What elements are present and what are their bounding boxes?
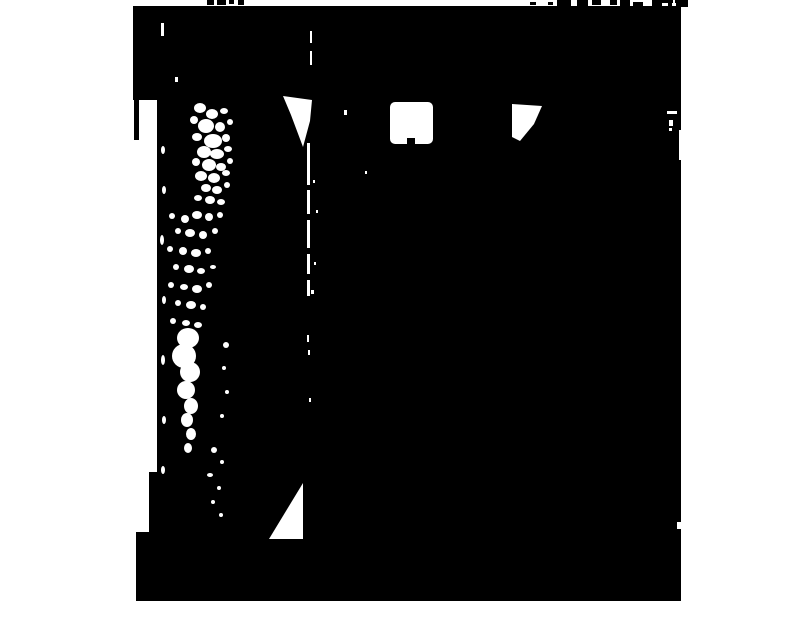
white-mark-14 [313, 180, 315, 183]
white-mark-7 [307, 190, 310, 214]
texture-speckle-25 [217, 199, 225, 205]
texture-speckle-38 [205, 248, 211, 254]
texture-speckle-21 [212, 186, 222, 194]
texture-speckle-77 [220, 414, 224, 418]
white-mark-15 [316, 210, 318, 213]
texture-speckle-5 [215, 122, 225, 132]
texture-speckle-33 [199, 231, 207, 239]
texture-speckle-30 [217, 212, 223, 218]
texture-speckle-35 [167, 246, 173, 252]
texture-speckle-2 [220, 108, 228, 114]
white-mark-19 [669, 120, 673, 126]
texture-speckle-76 [225, 390, 229, 394]
white-mark-8 [307, 220, 310, 248]
top-edge-tick-5 [548, 2, 553, 5]
texture-speckle-54 [162, 186, 166, 194]
texture-speckle-4 [198, 119, 214, 133]
texture-speckle-9 [222, 134, 230, 142]
texture-speckle-65 [181, 413, 193, 427]
texture-speckle-69 [220, 460, 224, 464]
top-edge-tick-10 [620, 0, 630, 6]
white-mark-24 [672, 3, 676, 6]
texture-speckle-72 [211, 500, 215, 504]
texture-speckle-66 [186, 428, 196, 440]
texture-speckle-51 [182, 320, 190, 326]
texture-speckle-68 [211, 447, 217, 453]
texture-speckle-3 [190, 116, 198, 124]
texture-speckle-7 [192, 133, 202, 141]
binarized-image [0, 0, 800, 622]
texture-speckle-15 [216, 163, 226, 171]
texture-speckle-39 [173, 264, 179, 270]
texture-speckle-6 [227, 119, 233, 125]
white-mark-0 [161, 23, 164, 36]
ink-notch-0 [407, 138, 415, 144]
texture-speckle-27 [181, 215, 189, 223]
texture-speckle-47 [175, 300, 181, 306]
texture-speckle-32 [185, 229, 195, 237]
texture-speckle-50 [170, 318, 176, 324]
texture-speckle-70 [207, 473, 213, 477]
top-edge-tick-8 [592, 0, 601, 5]
texture-speckle-24 [205, 196, 215, 204]
texture-speckle-37 [191, 249, 201, 257]
texture-speckle-53 [161, 146, 165, 154]
texture-speckle-55 [160, 235, 164, 245]
white-mark-10 [307, 280, 310, 296]
texture-speckle-71 [217, 486, 221, 490]
top-edge-tick-4 [530, 2, 536, 5]
top-edge-tick-6 [557, 0, 571, 6]
texture-speckle-1 [206, 109, 218, 119]
texture-speckle-34 [212, 228, 218, 234]
white-mark-17 [311, 290, 314, 294]
texture-speckle-63 [177, 381, 195, 399]
white-mark-20 [669, 128, 672, 131]
top-edge-tick-9 [610, 0, 617, 5]
texture-speckle-28 [192, 211, 202, 219]
texture-speckle-10 [197, 146, 211, 158]
white-mark-9 [307, 254, 310, 274]
white-mark-5 [365, 171, 367, 174]
texture-speckle-8 [204, 134, 222, 148]
texture-speckle-58 [162, 416, 166, 424]
top-edge-tick-11 [633, 2, 643, 6]
ink-block-0 [133, 6, 681, 100]
top-edge-tick-2 [229, 0, 234, 4]
ink-block-5 [134, 98, 139, 140]
cutout-window [390, 102, 433, 144]
texture-speckle-59 [161, 466, 165, 474]
white-mark-21 [679, 130, 681, 160]
texture-speckle-18 [208, 173, 220, 183]
texture-speckle-42 [210, 265, 216, 269]
texture-speckle-14 [202, 159, 216, 171]
texture-speckle-45 [192, 285, 202, 293]
texture-speckle-57 [161, 355, 165, 365]
texture-speckle-31 [175, 228, 181, 234]
top-edge-tick-13 [675, 0, 688, 7]
white-mark-6 [307, 143, 310, 185]
texture-speckle-43 [168, 282, 174, 288]
texture-speckle-0 [194, 103, 206, 113]
texture-speckle-12 [224, 146, 232, 152]
texture-speckle-41 [197, 268, 205, 274]
texture-speckle-23 [194, 195, 202, 201]
top-edge-tick-3 [238, 0, 244, 5]
white-mark-11 [307, 335, 309, 342]
texture-speckle-20 [201, 184, 211, 192]
texture-speckle-16 [227, 158, 233, 164]
white-mark-3 [310, 51, 312, 65]
texture-speckle-13 [192, 158, 200, 166]
white-mark-1 [175, 77, 178, 82]
texture-speckle-26 [169, 213, 175, 219]
white-mark-12 [308, 350, 310, 355]
white-mark-4 [344, 110, 347, 115]
top-edge-tick-7 [577, 0, 588, 6]
top-edge-tick-0 [207, 0, 214, 5]
white-mark-22 [677, 522, 681, 529]
texture-speckle-11 [210, 149, 224, 159]
texture-speckle-52 [194, 322, 202, 328]
ink-block-4 [136, 532, 232, 601]
texture-speckle-74 [223, 342, 229, 348]
texture-speckle-46 [206, 282, 212, 288]
texture-speckle-40 [184, 265, 194, 273]
screenshot-root [0, 0, 800, 622]
texture-speckle-73 [219, 513, 223, 517]
texture-speckle-56 [162, 296, 166, 304]
texture-speckle-17 [195, 171, 207, 181]
texture-speckle-62 [180, 362, 200, 382]
white-mark-18 [667, 111, 677, 114]
texture-speckle-64 [184, 398, 198, 414]
ink-block-3 [149, 472, 161, 542]
top-edge-tick-1 [217, 0, 226, 5]
white-mark-13 [309, 398, 311, 402]
texture-speckle-29 [205, 213, 213, 221]
white-mark-23 [662, 3, 668, 6]
white-mark-2 [310, 31, 312, 43]
white-mark-16 [314, 262, 316, 265]
texture-speckle-19 [222, 170, 230, 176]
texture-speckle-36 [179, 247, 187, 255]
texture-speckle-48 [186, 301, 196, 309]
texture-speckle-22 [224, 182, 230, 188]
texture-speckle-75 [222, 366, 226, 370]
texture-speckle-49 [200, 304, 206, 310]
texture-speckle-44 [180, 284, 188, 290]
texture-speckle-67 [184, 443, 192, 453]
